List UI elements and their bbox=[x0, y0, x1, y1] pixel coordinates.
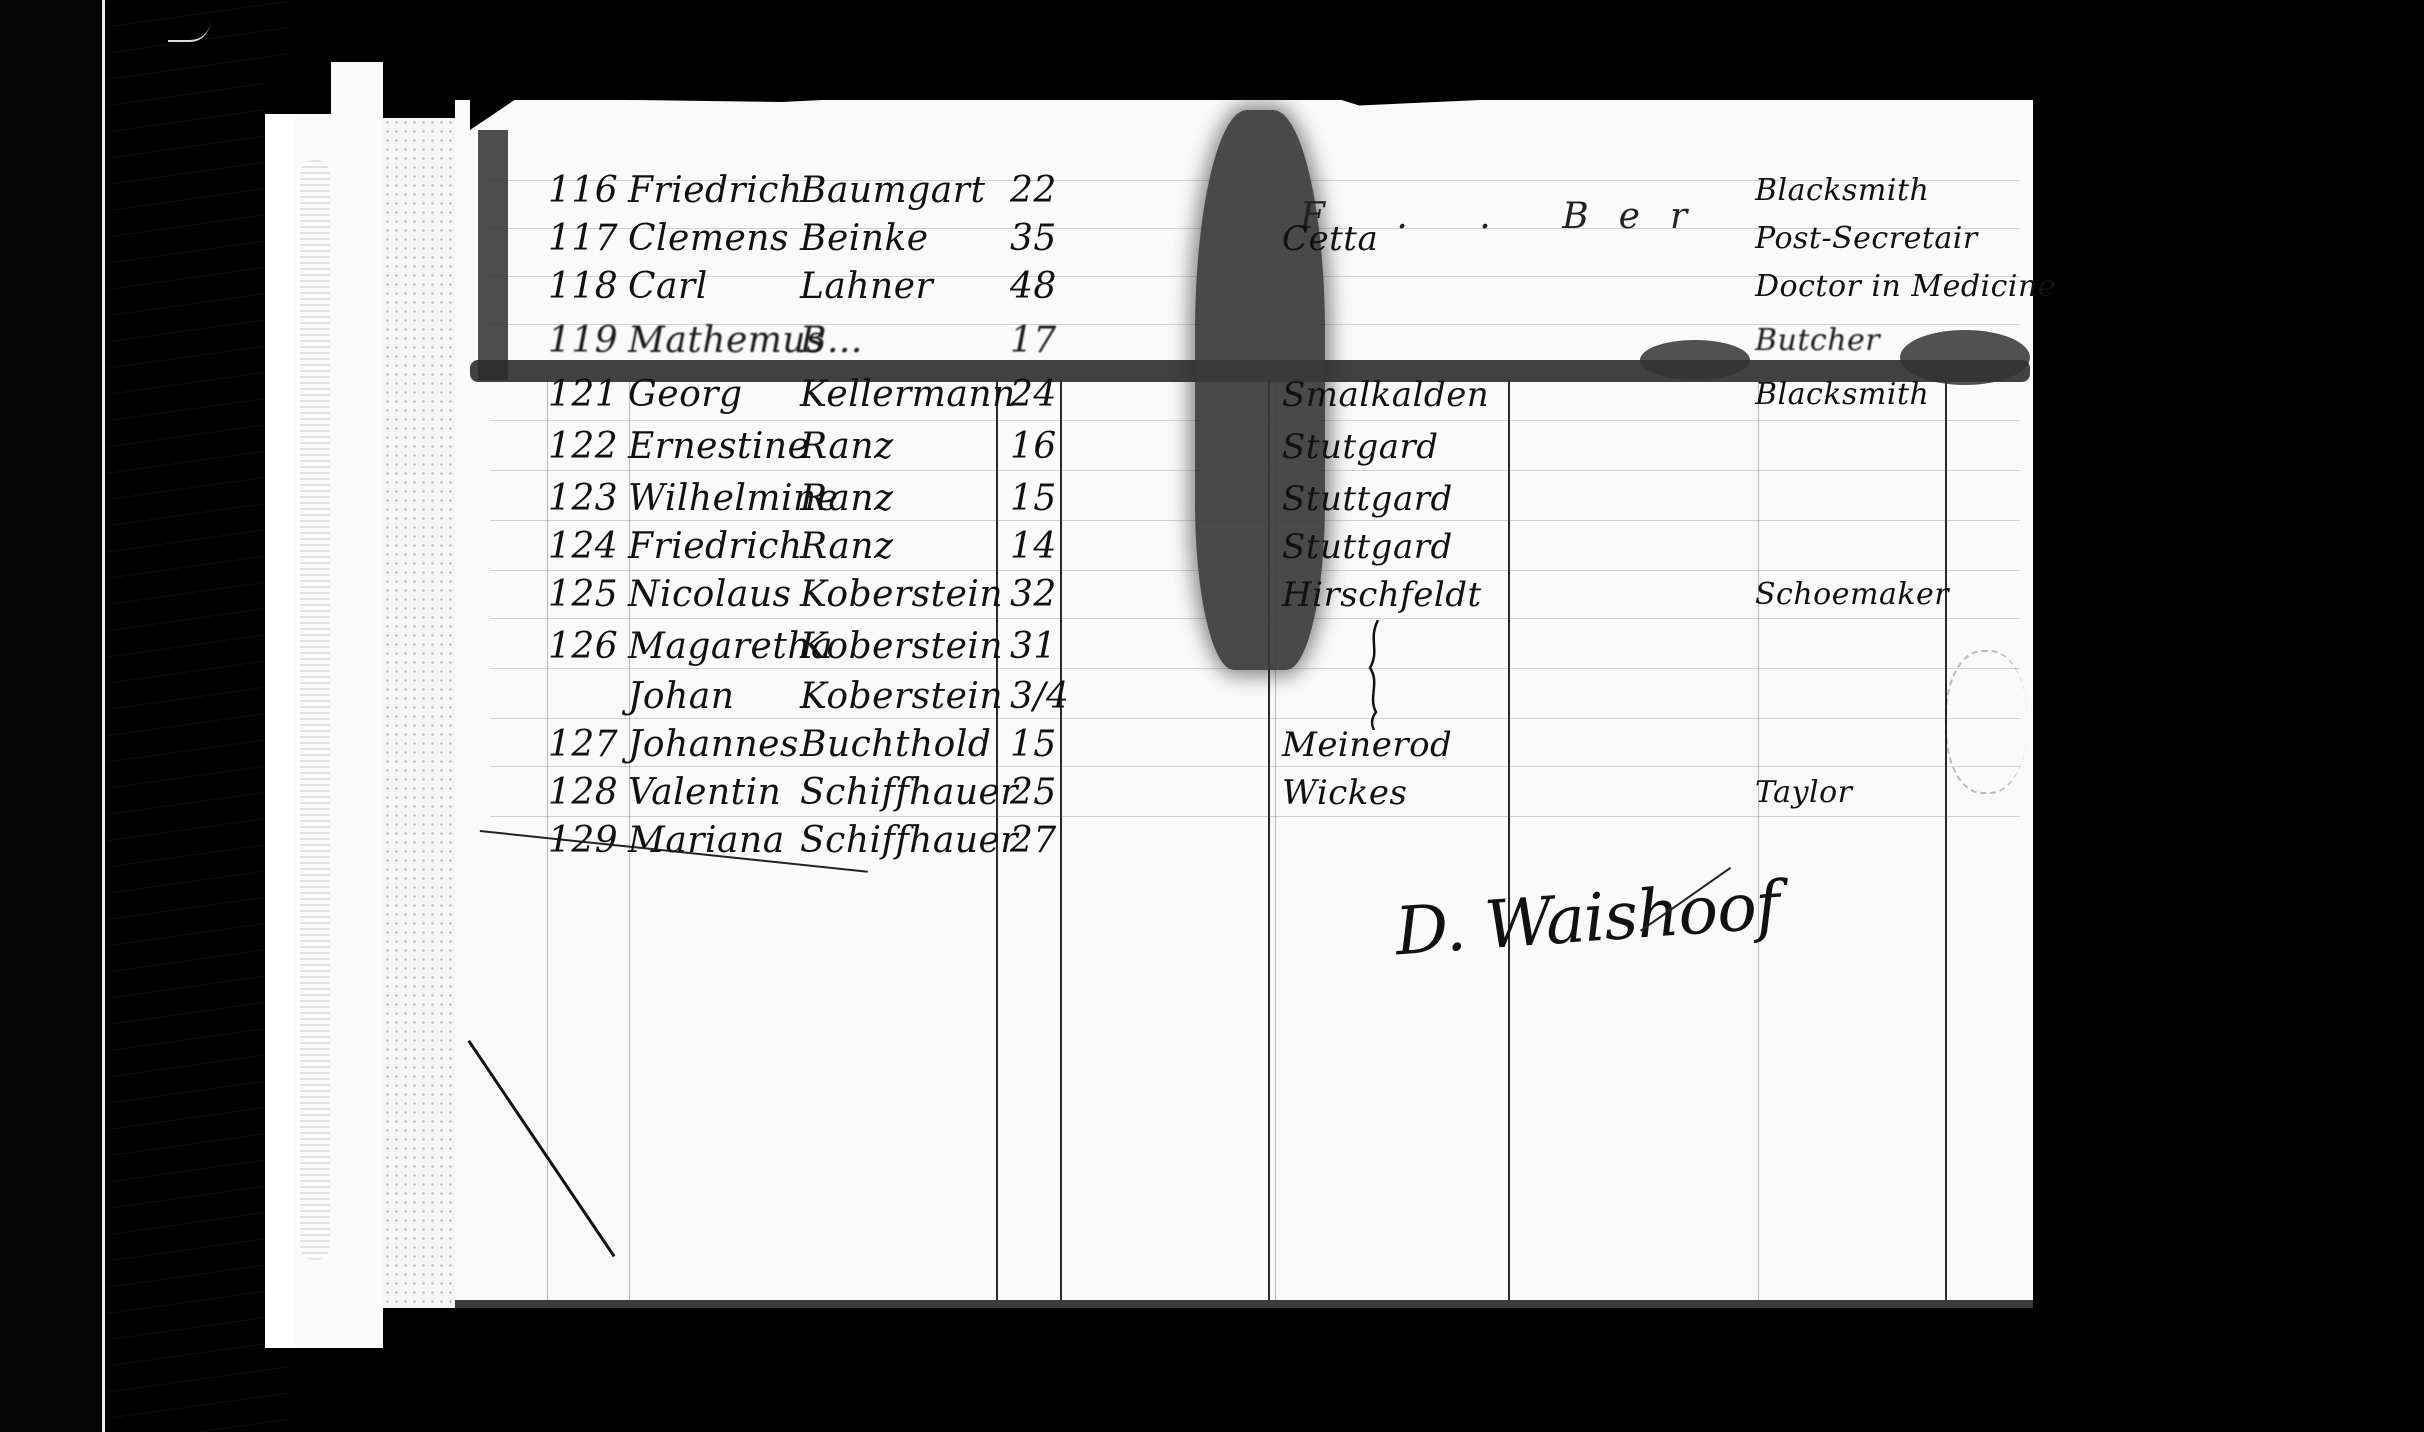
entry-number: 127 bbox=[548, 722, 618, 768]
first-name: Nicolaus bbox=[628, 572, 792, 618]
ruled-line bbox=[490, 816, 2020, 817]
register-row: 123 Wilhelmine Ranz 15 Stuttgard bbox=[0, 476, 2424, 522]
first-name: Ernestine bbox=[628, 424, 809, 470]
surname: Kellermann bbox=[800, 372, 1016, 418]
surname: Koberstein bbox=[800, 674, 1003, 720]
age: 16 bbox=[1010, 424, 1057, 470]
age: 22 bbox=[1010, 168, 1057, 214]
entry-number: 125 bbox=[548, 572, 618, 618]
entry-number: 124 bbox=[548, 524, 618, 570]
surname: Koberstein bbox=[800, 624, 1003, 670]
place: Cetta bbox=[1282, 216, 1378, 262]
age: 24 bbox=[1010, 372, 1057, 418]
register-row: 125 Nicolaus Koberstein 32 Hirschfeldt S… bbox=[0, 572, 2424, 618]
register-row: 117 Clemens Beinke 35 Cetta Post-Secreta… bbox=[0, 216, 2424, 262]
surname: Beinke bbox=[800, 216, 929, 262]
first-name: Friedrich bbox=[628, 168, 803, 214]
ditto-brace-icon bbox=[1366, 620, 1382, 730]
entry-number: 117 bbox=[548, 216, 618, 262]
entry-number: 126 bbox=[548, 624, 618, 670]
register-row: 118 Carl Lahner 48 Doctor in Medicine bbox=[0, 264, 2424, 310]
occupation: Schoemaker bbox=[1755, 572, 1949, 618]
age: 15 bbox=[1010, 476, 1057, 522]
surname: Ranz bbox=[800, 524, 894, 570]
age: 3/4 bbox=[1010, 674, 1069, 720]
surname: Ranz bbox=[800, 476, 894, 522]
entry-number: 129 bbox=[548, 818, 618, 864]
surname: Buchthold bbox=[800, 722, 991, 768]
first-name: Mariana bbox=[628, 818, 785, 864]
first-name: Georg bbox=[628, 372, 743, 418]
first-name: Carl bbox=[628, 264, 708, 310]
surname: Lahner bbox=[800, 264, 933, 310]
register-row: 126 Magaretha Koberstein 31 bbox=[0, 624, 2424, 670]
surname: Schiffhauer bbox=[800, 770, 1018, 816]
age: 14 bbox=[1010, 524, 1057, 570]
place: Stuttgard bbox=[1282, 524, 1453, 570]
surname: Baumgart bbox=[800, 168, 985, 214]
entry-number: 123 bbox=[548, 476, 618, 522]
register-row: 119 Mathemus B... 17 Butcher bbox=[0, 318, 2424, 364]
first-name: Valentin bbox=[628, 770, 781, 816]
age: 48 bbox=[1010, 264, 1057, 310]
register-row: 122 Ernestine Ranz 16 Stutgard bbox=[0, 424, 2424, 470]
first-name: Johan bbox=[628, 674, 734, 720]
register-row: 116 Friedrich Baumgart 22 Blacksmith bbox=[0, 168, 2424, 214]
occupation: Taylor bbox=[1755, 770, 1853, 816]
age: 15 bbox=[1010, 722, 1057, 768]
entry-number: 118 bbox=[548, 264, 618, 310]
entry-number: 122 bbox=[548, 424, 618, 470]
entry-number: 121 bbox=[548, 372, 618, 418]
register-row: Johan Koberstein 3/4 bbox=[0, 674, 2424, 720]
age: 27 bbox=[1010, 818, 1057, 864]
surname: Schiffhauer bbox=[800, 818, 1018, 864]
place: Smalkalden bbox=[1282, 372, 1489, 418]
age: 25 bbox=[1010, 770, 1057, 816]
entry-number: 116 bbox=[548, 168, 618, 214]
first-name: Clemens bbox=[628, 216, 789, 262]
occupation: Post-Secretair bbox=[1755, 216, 1978, 262]
register-row: 124 Friedrich Ranz 14 Stuttgard bbox=[0, 524, 2424, 570]
age: 32 bbox=[1010, 572, 1057, 618]
first-name: Friedrich bbox=[628, 524, 803, 570]
occupation: Blacksmith bbox=[1755, 372, 1929, 418]
entry-number: 128 bbox=[548, 770, 618, 816]
register-row: 128 Valentin Schiffhauer 25 Wickes Taylo… bbox=[0, 770, 2424, 816]
place: Wickes bbox=[1282, 770, 1407, 816]
surname: Ranz bbox=[800, 424, 894, 470]
first-name: Mathemus bbox=[628, 318, 825, 364]
entry-number: 119 bbox=[548, 318, 618, 364]
age: 31 bbox=[1010, 624, 1057, 670]
place: Hirschfeldt bbox=[1282, 572, 1482, 618]
register-row: 121 Georg Kellermann 24 Smalkalden Black… bbox=[0, 372, 2424, 418]
occupation: Doctor in Medicine bbox=[1755, 264, 2056, 310]
place: Stutgard bbox=[1282, 424, 1439, 470]
occupation: Blacksmith bbox=[1755, 168, 1929, 214]
occupation: Butcher bbox=[1755, 318, 1880, 364]
age: 17 bbox=[1010, 318, 1057, 364]
surname: Koberstein bbox=[800, 572, 1003, 618]
place: Stuttgard bbox=[1282, 476, 1453, 522]
surname: B... bbox=[800, 318, 863, 364]
register-row: 129 Mariana Schiffhauer 27 bbox=[0, 818, 2424, 864]
age: 35 bbox=[1010, 216, 1057, 262]
register-row: 127 Johannes Buchthold 15 Meinerod bbox=[0, 722, 2424, 768]
first-name: Johannes bbox=[628, 722, 799, 768]
